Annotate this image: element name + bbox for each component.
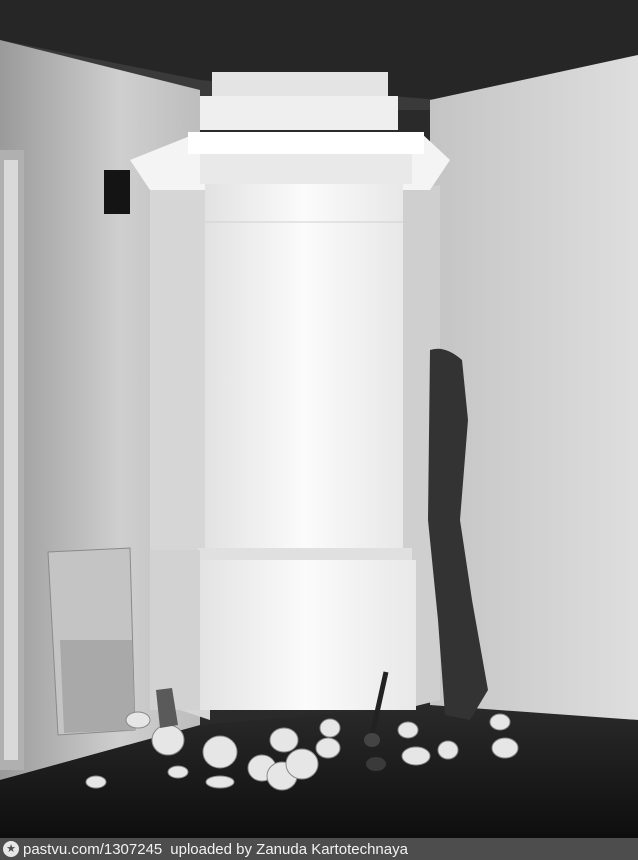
uploader-text: uploaded by Zanuda Kartotechnaya <box>170 841 408 858</box>
photo-scene <box>0 0 638 838</box>
photo <box>0 0 638 838</box>
attribution-bar: ★ pastvu.com/1307245 uploaded by Zanuda … <box>0 838 638 860</box>
source-link[interactable]: pastvu.com/1307245 <box>23 841 162 858</box>
star-circle-icon: ★ <box>3 841 19 857</box>
